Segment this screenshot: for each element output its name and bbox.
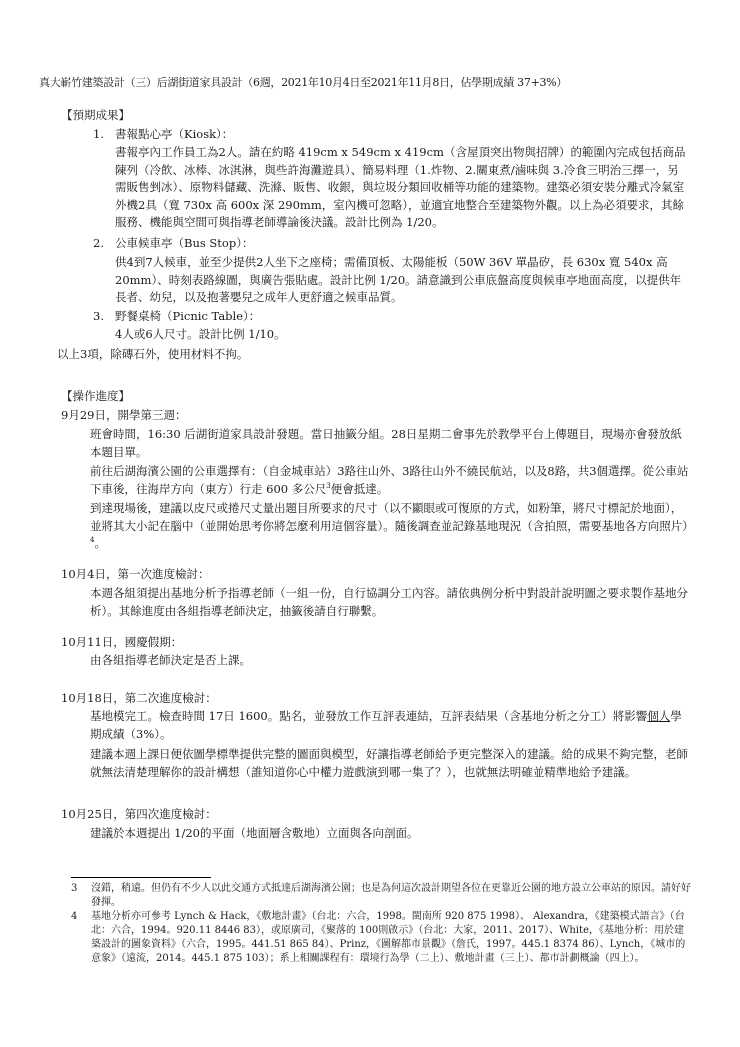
footnote-text: 基地分析亦可參考 Lynch & Hack，《敷地計畫》（台北：六合，1998。… (91, 910, 691, 966)
document-title: 真大嶄竹建築設計（三）后湖街道家具設計（6週，2021年10月4日至2021年1… (39, 74, 567, 90)
footnote-4: 4 基地分析亦可參考 Lynch & Hack，《敷地計畫》（台北：六合，199… (71, 910, 691, 980)
progress-date-oct4: 10月4日，第一次進度檢討： (61, 566, 209, 584)
footnote-text: 沒錯，稍遠。但仍有不少人以此交通方式抵達后湖海濱公園；也是為何這次設計期望各位在… (91, 882, 691, 910)
item-number: 1. (93, 126, 115, 144)
item-number: 3. (93, 308, 115, 326)
footnote-number: 4 (71, 910, 89, 924)
item-number: 2. (93, 235, 115, 253)
item-bus-stop-body: 供4到7人候車，並至少提供2人坐下之座椅；需備頂板、太陽能板（50W 36V 單… (115, 254, 690, 307)
item-title: 書報點心亭（Kiosk）： (115, 127, 233, 141)
progress-paragraph: 基地模完工。檢查時間 17日 1600。點名，並發放工作互評表連結，互評表結果（… (90, 708, 690, 743)
item-kiosk-body: 書報亭內工作員工為2人。請在約略 419cm x 549cm x 419cm（含… (115, 144, 690, 232)
footnote-3: 3 沒錯，稍遠。但仍有不少人以此交通方式抵達后湖海濱公園；也是為何這次設計期望各… (71, 882, 691, 910)
progress-paragraph: 到達現場後，建議以皮尺或捲尺丈量出題目所要求的尺寸（以不顯眼或可復原的方式，如粉… (90, 500, 690, 553)
progress-paragraph: 建議本週上課日便依圖學標準提供完整的圖面與模型，好讓指導老師給予更完整深入的建議… (90, 746, 690, 781)
item-picnic-table-heading: 3.野餐桌椅（Picnic Table）： (93, 308, 260, 326)
progress-paragraph: 本週各組須提出基地分析予指導老師（一組一份，自行協調分工內容。請依典例分析中對設… (90, 585, 690, 620)
progress-date-oct25: 10月25日，第四次進度檢討： (61, 806, 217, 824)
document-page: 真大嶄竹建築設計（三）后湖街道家具設計（6週，2021年10月4日至2021年1… (0, 0, 740, 1047)
item-bus-stop-heading: 2.公車候車亭（Bus Stop）： (93, 235, 253, 253)
paragraph-text: 基地模完工。檢查時間 17日 1600。點名，並發放工作互評表連結，互評表結果（… (90, 709, 647, 723)
footnote-number: 3 (71, 882, 89, 896)
progress-date-oct11: 10月11日，國慶假期： (61, 634, 182, 652)
progress-paragraph: 班會時間，16:30 后湖街道家具設計發題。當日抽籤分組。28日星期二會事先於教… (90, 426, 690, 461)
progress-paragraph: 前往后湖海濱公園的公車選擇有：（自金城車站）3路往山外、3路往山外不繞民航站，以… (90, 463, 690, 498)
progress-date-sep29: 9月29日，開學第三週： (61, 407, 186, 425)
paragraph-text: 。 (94, 536, 106, 550)
paragraph-text: 到達現場後，建議以皮尺或捲尺丈量出題目所要求的尺寸（以不顯眼或可復原的方式，如粉… (90, 501, 694, 533)
materials-note: 以上3項，除磚石外，使用材料不拘。 (57, 346, 248, 364)
item-picnic-table-body: 4人或6人尺寸。設計比例 1/10。 (115, 326, 690, 344)
item-kiosk-heading: 1.書報點心亭（Kiosk）： (93, 126, 233, 144)
progress-paragraph: 由各組指導老師決定是否上課。 (90, 652, 690, 670)
underlined-text: 個人 (647, 709, 670, 723)
item-title: 公車候車亭（Bus Stop）： (115, 236, 253, 250)
expected-results-heading: 【預期成果】 (61, 107, 130, 123)
progress-date-oct18: 10月18日，第二次進度檢討： (61, 690, 217, 708)
progress-paragraph: 建議於本週提出 1/20的平面（地面層含敷地）立面與各向剖面。 (90, 825, 690, 843)
item-title: 野餐桌椅（Picnic Table）： (115, 309, 260, 323)
progress-heading: 【操作進度】 (61, 388, 130, 404)
paragraph-text: 前往后湖海濱公園的公車選擇有：（自金城車站）3路往山外、3路往山外不繞民航站，以… (90, 464, 689, 496)
footnote-separator (71, 877, 211, 878)
paragraph-text: 便會抵達。 (331, 482, 389, 496)
